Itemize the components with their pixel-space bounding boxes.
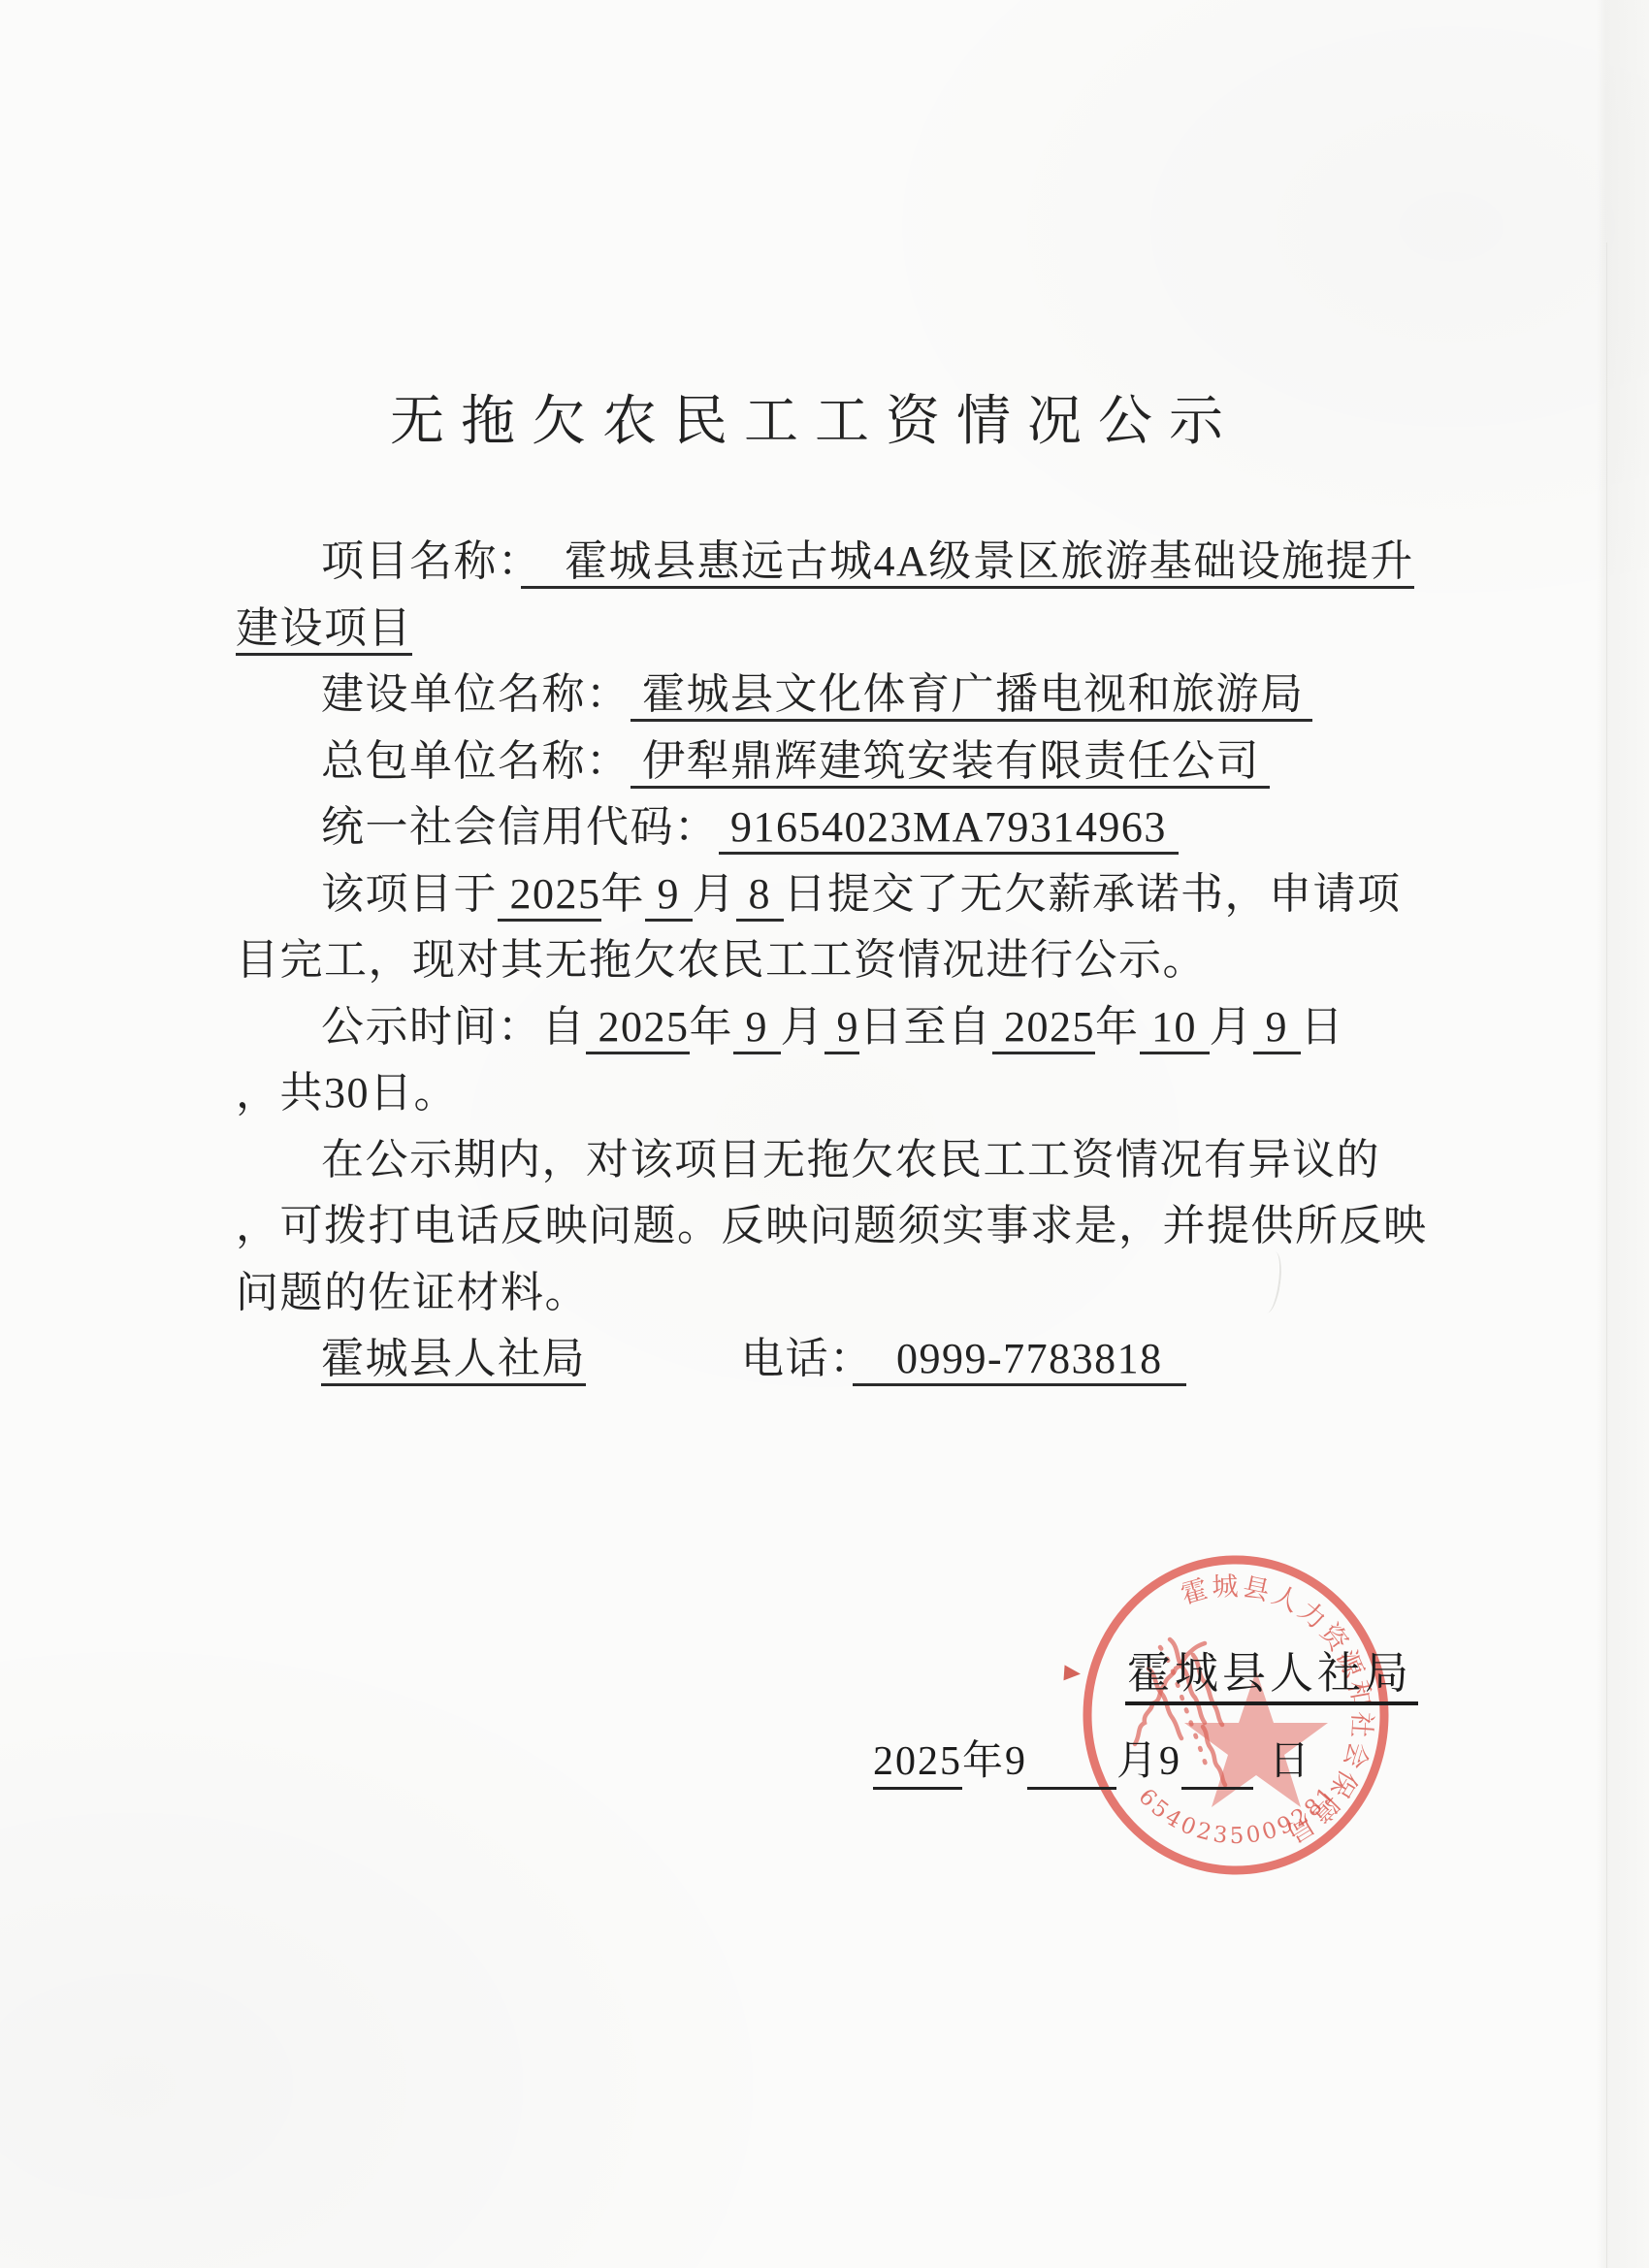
text-run: 月 [781,1003,825,1051]
underlined-value: 霍城县惠远古城4A级景区旅游基础设施提升 [521,537,1414,589]
doc-line: ，共30日。 [236,1060,1439,1127]
text-run: 年9 [962,1739,1027,1784]
underlined-value: 8 [736,870,784,922]
text-run: ，可拨打电话反映问题。反映问题须实事求是，并提供所反映 [236,1202,1428,1249]
text-run: 项目名称： [321,537,521,585]
scan-edge-line [1606,243,1607,2268]
underlined-value: 2025 [586,1003,690,1054]
text-run: 问题的佐证材料。 [236,1269,589,1316]
underlined-value [1181,1739,1253,1790]
underlined-value: 建设项目 [236,604,412,656]
underlined-value: 2025 [873,1739,962,1790]
doc-line: 在公示期内，对该项目无拖欠农民工工资情况有异议的 [236,1127,1439,1194]
underlined-value [1027,1739,1116,1790]
document-body: 项目名称： 霍城县惠远古城4A级景区旅游基础设施提升建设项目建设单位名称： 霍城… [236,529,1439,1393]
stamp-ring [1087,1560,1384,1870]
doc-line: 统一社会信用代码： 91654023MA79314963 [236,794,1439,861]
text-run: 总包单位名称： [321,737,630,785]
doc-line: 公示时间：自 2025年 9 月 9日至自 2025年 10 月 9 日 [236,994,1439,1061]
text-run: 建设单位名称： [321,670,630,718]
underlined-value: 9 [645,870,693,922]
underlined-value: 霍城县人社局 [321,1335,586,1386]
underlined-value: 伊犁鼎辉建筑安装有限责任公司 [630,737,1271,789]
doc-line: 问题的佐证材料。 [236,1260,1439,1327]
scanned-document-page: 无拖欠农民工工资情况公示 项目名称： 霍城县惠远古城4A级景区旅游基础设施提升建… [0,0,1649,2268]
text-run: 日至自 [859,1003,992,1051]
underlined-value: 91654023MA79314963 [719,803,1179,855]
text-run: 日 [1301,1003,1345,1051]
doc-line: 总包单位名称： 伊犁鼎辉建筑安装有限责任公司 [236,729,1439,795]
document-title: 无拖欠农民工工资情况公示 [0,378,1639,456]
signature-date-line: 2025年9月9日 [873,1729,1311,1787]
doc-line: ，可拨打电话反映问题。反映问题须实事求是，并提供所反映 [236,1193,1439,1260]
underlined-value: 9 [1253,1003,1301,1054]
text-run: 公示时间：自 [321,1003,586,1051]
text-run: 月9 [1116,1739,1181,1784]
underlined-value: 2025 [498,870,601,922]
text-run: 月 [1210,1003,1254,1051]
text-run: 统一社会信用代码： [321,803,719,851]
signature-org-name: 霍城县人社局 [1125,1637,1418,1701]
text-run: 该项目于 [321,870,498,918]
stamp-smudge-arrow-icon [1063,1665,1081,1681]
text-run: 电话： [741,1335,853,1382]
text-run: 日提交了无欠薪承诺书，申请项 [784,870,1402,918]
doc-line: 霍城县人社局电话： 0999-7783818 [236,1326,1439,1393]
text-run: 日 [1269,1739,1311,1784]
text-run: 月 [693,870,737,918]
underlined-value: 9 [824,1003,859,1054]
text-run: 年 [601,870,646,918]
underlined-value: 0999-7783818 [853,1335,1186,1386]
text-run: 年 [1095,1003,1140,1051]
signature-org-name-text: 霍城县人社局 [1125,1649,1418,1705]
underlined-value: 霍城县文化体育广播电视和旅游局 [630,670,1312,722]
text-run: 在公示期内，对该项目无拖欠农民工工资情况有异议的 [321,1136,1380,1183]
doc-line: 建设项目 [236,596,1439,663]
underlined-value: 10 [1140,1003,1210,1054]
doc-line: 目完工，现对其无拖欠农民工工资情况进行公示。 [236,927,1439,994]
text-run: ，共30日。 [236,1069,458,1117]
doc-line: 建设单位名称： 霍城县文化体育广播电视和旅游局 [236,662,1439,729]
doc-line: 项目名称： 霍城县惠远古城4A级景区旅游基础设施提升 [236,529,1439,596]
text-run: 目完工，现对其无拖欠农民工工资情况进行公示。 [236,936,1207,984]
text-run: 年 [690,1003,734,1051]
official-stamp: 霍城县人力资源和社会保障局 6540235009281 [1077,1550,1397,1882]
underlined-value: 9 [733,1003,781,1054]
underlined-value: 2025 [992,1003,1096,1054]
doc-line: 该项目于 2025年 9 月 8 日提交了无欠薪承诺书，申请项 [236,861,1439,928]
